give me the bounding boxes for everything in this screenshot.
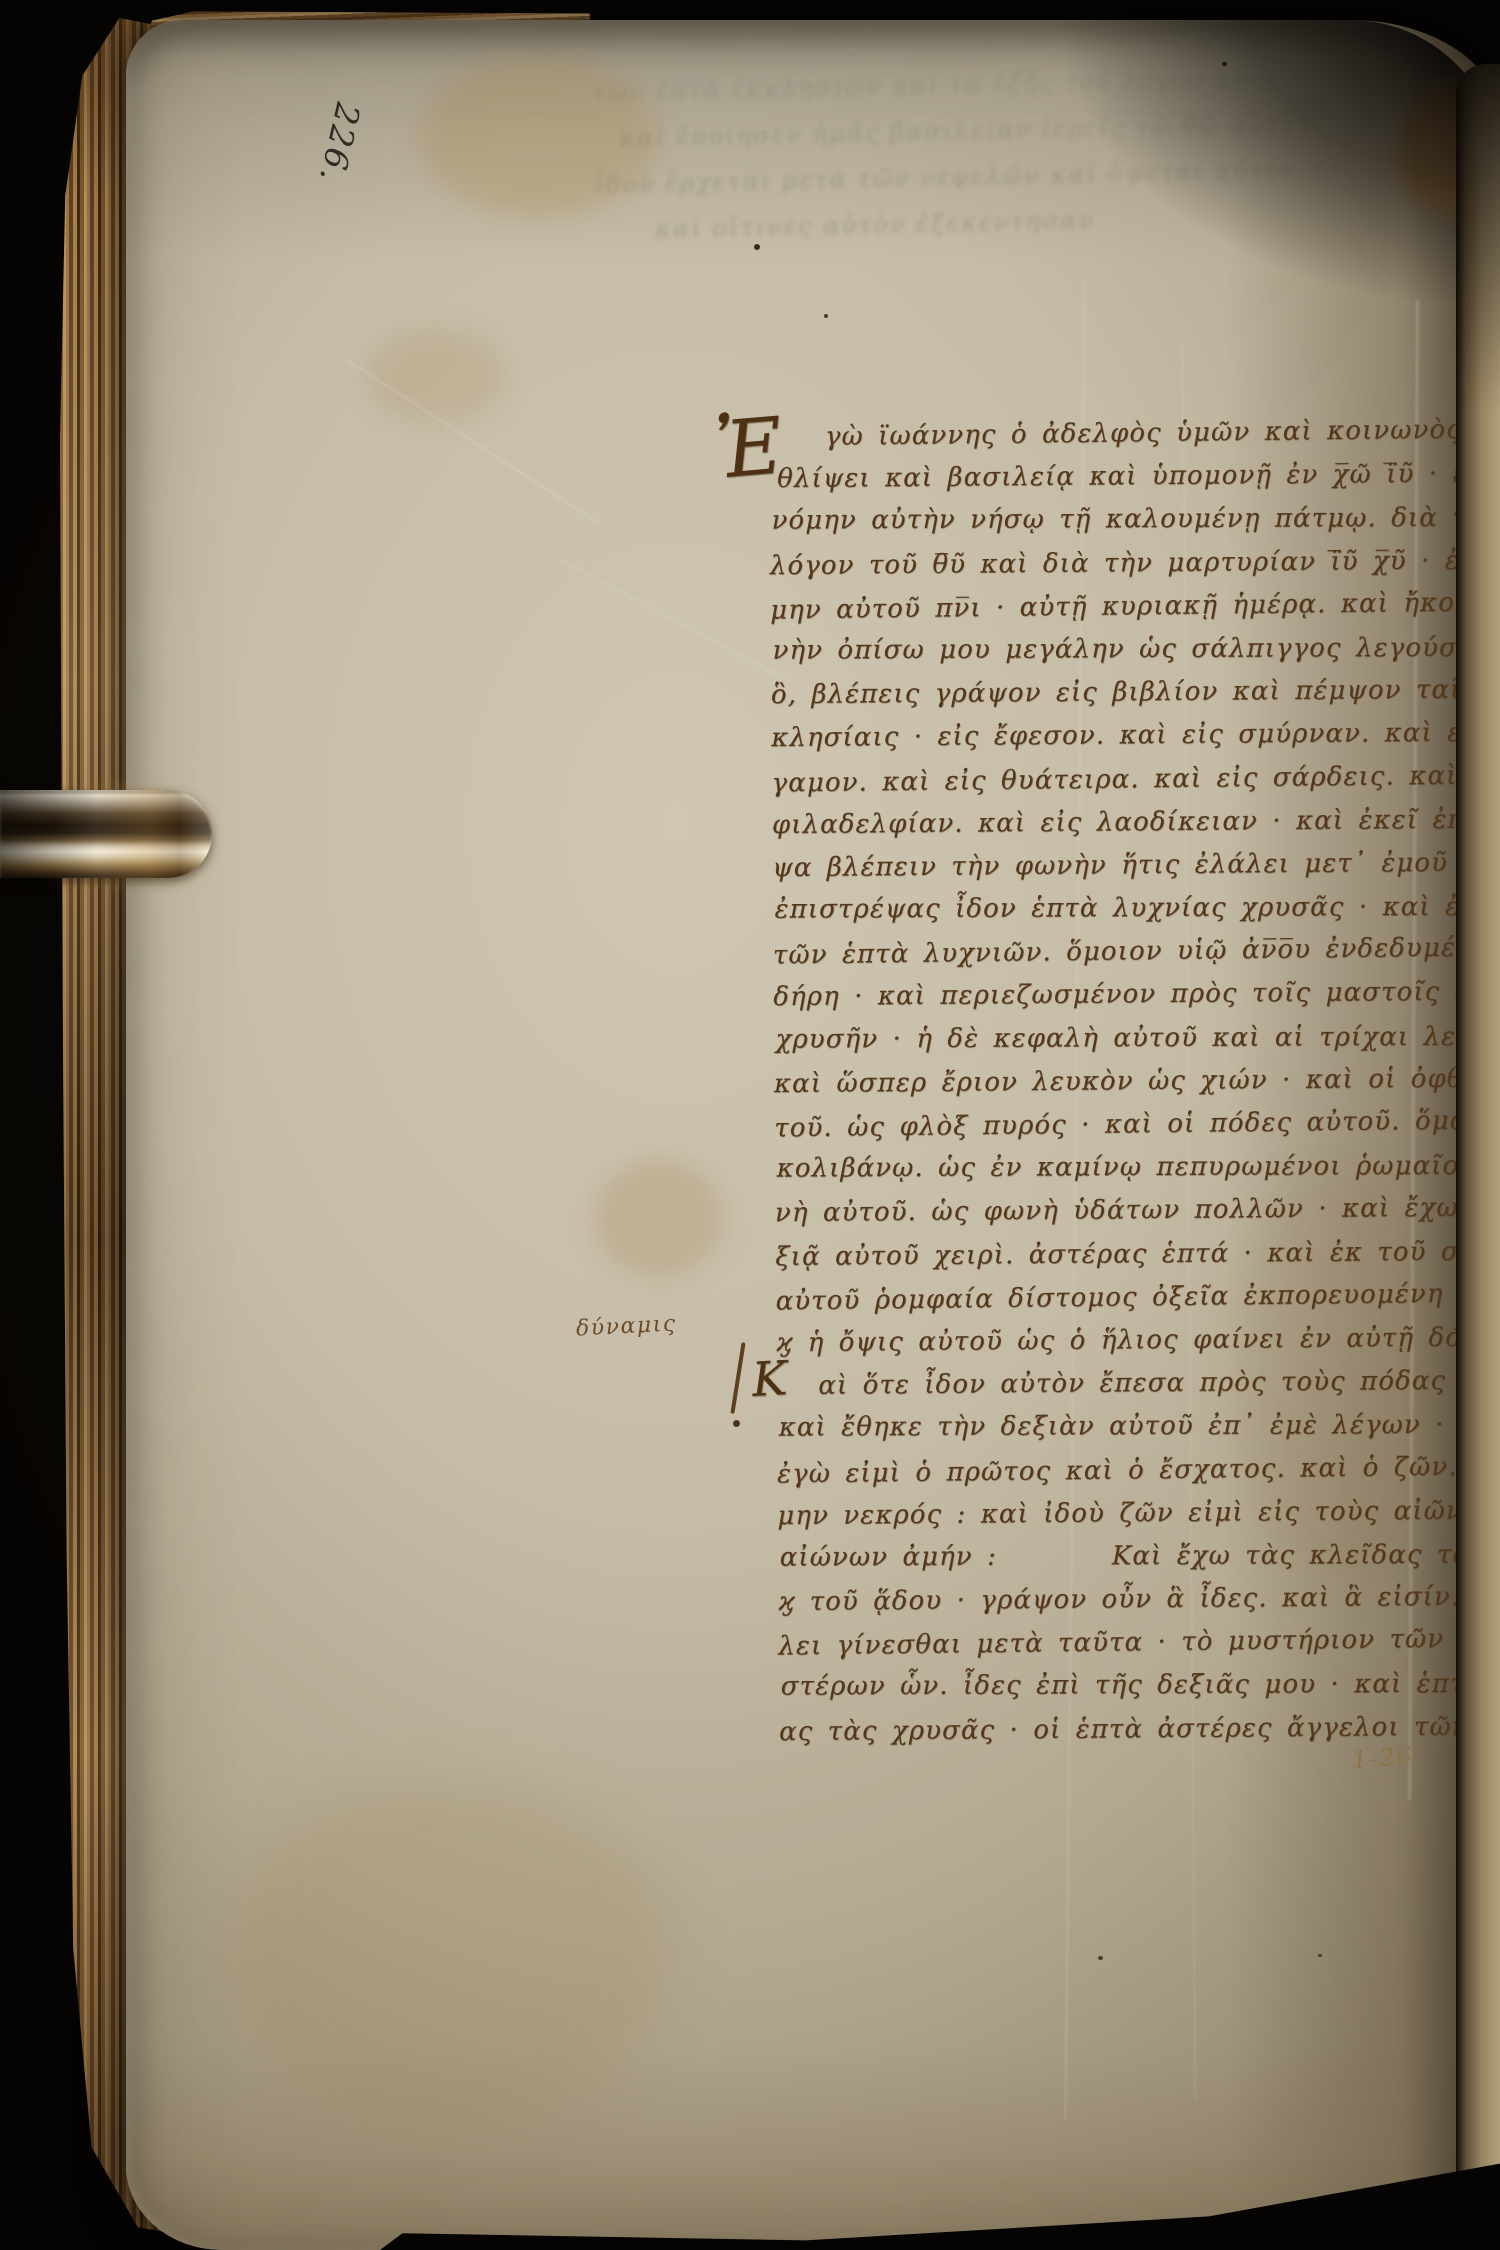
- ink-speck: [1098, 1956, 1103, 1960]
- glass-page-weight: [0, 782, 220, 886]
- parchment-stain: [418, 58, 658, 218]
- marginal-note: δύναμις: [575, 1311, 677, 1341]
- manuscript-text-line: ξιᾷ αὐτοῦ χειρὶ. ἀστέρας ἑπτά · καὶ ἐκ τ…: [775, 1235, 1500, 1284]
- manuscript-text-line: ἐπιστρέψας ἶδον ἑπτὰ λυχνίας χρυσᾶς · κα…: [775, 891, 1500, 937]
- manuscript-text-line: τοῦ. ὡς φλὸξ πυρός · καὶ οἱ πόδες αὐτοῦ.…: [774, 1105, 1500, 1157]
- verse-reference-annotation: 1-26: [1351, 1741, 1415, 1774]
- manuscript-text-line: καὶ ὥσπερ ἔριον λευκὸν ὡς χιών · καὶ οἱ …: [774, 1063, 1500, 1112]
- manuscript-text-line: ϗ τοῦ ᾅδου · γράψον οὖν ἃ ἶδες. καὶ ἃ εἰ…: [778, 1581, 1500, 1630]
- manuscript-text-line: τῶν ἑπτὰ λυχνιῶν. ὅμοιον υἱῷ ἀν̅ο̅υ ἐνδε…: [773, 932, 1500, 984]
- manuscript-text-line: αὶ ὅτε ἶδον αὐτὸν ἔπεσα πρὸς τοὺς πόδας …: [776, 1365, 1500, 1414]
- gutter-corner-shadow: [1040, 20, 1500, 320]
- paragraph-mark-stroke: [730, 1342, 745, 1414]
- ink-speck: [1318, 1954, 1322, 1957]
- manuscript-text-line: νόμην αὐτὴν νήσῳ τῇ καλουμένῃ πάτμῳ. διὰ…: [772, 503, 1500, 549]
- manuscript-text-line: λει γίνεσθαι μετὰ ταῦτα · τὸ μυστήριον τ…: [778, 1623, 1500, 1675]
- ink-speck: [754, 244, 760, 250]
- glass-weight-rod: [0, 790, 212, 878]
- manuscript-text-line: αἰώνων ἀμήν : Καὶ ἔχω τὰς κλεῖδας τοῦ θα…: [780, 1539, 1500, 1585]
- manuscript-text-line: μην νεκρός : καὶ ἰδοὺ ζῶν εἰμὶ εἰς τοὺς …: [777, 1495, 1500, 1544]
- manuscript-text-line: γαμον. καὶ εἰς θυάτειρα. καὶ εἰς σάρδεις…: [771, 759, 1500, 811]
- manuscript-text-line: λόγον τοῦ θ̅ῦ καὶ διὰ τὴν μαρτυρίαν ϊ̅ῦ …: [770, 544, 1500, 593]
- manuscript-text-line: νὴ αὐτοῦ. ὡς φωνὴ ὑδάτων πολλῶν · καὶ ἔχ…: [775, 1192, 1500, 1241]
- manuscript-text-line: στέρων ὧν. ἶδες ἐπὶ τῆς δεξιᾶς μου · καὶ…: [781, 1669, 1500, 1715]
- folio-number: 226.: [312, 99, 368, 187]
- manuscript-text-line: δήρη · καὶ περιεζωσμένον πρὸς τοῖς μαστο…: [773, 976, 1500, 1025]
- manuscript-text-line: γὼ ϊωάννης ὁ ἀδελφὸς ὑμῶν καὶ κοινωνὸς α…: [769, 414, 1500, 466]
- manuscript-text-line: φιλαδελφίαν. καὶ εἰς λαοδίκειαν · καὶ ἐκ…: [772, 804, 1500, 853]
- manuscript-text-line: χρυσῆν · ἡ δὲ κεφαλὴ αὐτοῦ καὶ αἱ τρίχαι…: [776, 1021, 1500, 1067]
- paragraph-mark: [730, 1342, 744, 1434]
- scratch-mark: [561, 559, 792, 683]
- manuscript-text-line: ϗ ἡ ὄψις αὐτοῦ ὡς ὁ ἥλιος φαίνει ἐν αὐτῇ…: [776, 1322, 1500, 1371]
- manuscript-text-line: κλησίαις · εἰς ἔφεσον. καὶ εἰς σμύρναν. …: [771, 717, 1500, 766]
- enlarged-initial-kappa: Κ: [751, 1351, 789, 1408]
- parchment-stain: [230, 1780, 670, 2120]
- enlarged-initial-epsilon: Ἐ: [712, 401, 786, 496]
- manuscript-text-line: καὶ ἔθηκε τὴν δεξιὰν αὐτοῦ ἐπ᾽ ἐμὲ λέγων…: [779, 1410, 1500, 1456]
- manuscript-text-line: ὃ, βλέπεις γράψον εἰς βιβλίον καὶ πέμψον…: [771, 674, 1500, 723]
- manuscript-text-line: αὐτοῦ ῥομφαία δίστομος ὀξεῖα ἐκπορευομέν…: [775, 1277, 1500, 1329]
- parchment-page: τῶν ἑπτὰ ἐκκλησιῶν καὶ τὰ ἑξῆς τοῦ λόγου…: [126, 20, 1500, 2250]
- facing-page-edge: [1456, 64, 1500, 2250]
- ink-speck: [824, 314, 828, 318]
- parchment-stain: [366, 328, 506, 424]
- manuscript-text-line: ψα βλέπειν τὴν φωνὴν ἥτις ἐλάλει μετ᾽ ἐμ…: [772, 847, 1500, 896]
- manuscript-text-line: νὴν ὀπίσω μου μεγάλην ὡς σάλπιγγος λεγού…: [773, 632, 1500, 678]
- parchment-stain: [594, 1158, 724, 1278]
- manuscript-text-line: θλίψει καὶ βασιλείᾳ καὶ ὑπομονῇ ἐν χ̅ῶ ϊ…: [769, 458, 1500, 507]
- paragraph-mark-dot: [733, 1420, 740, 1427]
- manuscript-photo-scene: τῶν ἑπτὰ ἐκκλησιῶν καὶ τὰ ἑξῆς τοῦ λόγου…: [0, 0, 1500, 2250]
- greek-text-block: γὼ ϊωάννης ὁ ἀδελφὸς ὑμῶν καὶ κοινωνὸς α…: [769, 415, 1500, 1760]
- manuscript-text-line: κολιβάνῳ. ὡς ἐν καμίνῳ πεπυρωμένοι ῥωμαῖ…: [777, 1151, 1500, 1197]
- manuscript-text-line: μην αὐτοῦ πν̅ι · αὐτῇ κυριακῇ ἡμέρᾳ. καὶ…: [770, 586, 1500, 638]
- manuscript-text-line: ἐγὼ εἰμὶ ὁ πρῶτος καὶ ὁ ἔσχατος. καὶ ὁ ζ…: [777, 1450, 1500, 1502]
